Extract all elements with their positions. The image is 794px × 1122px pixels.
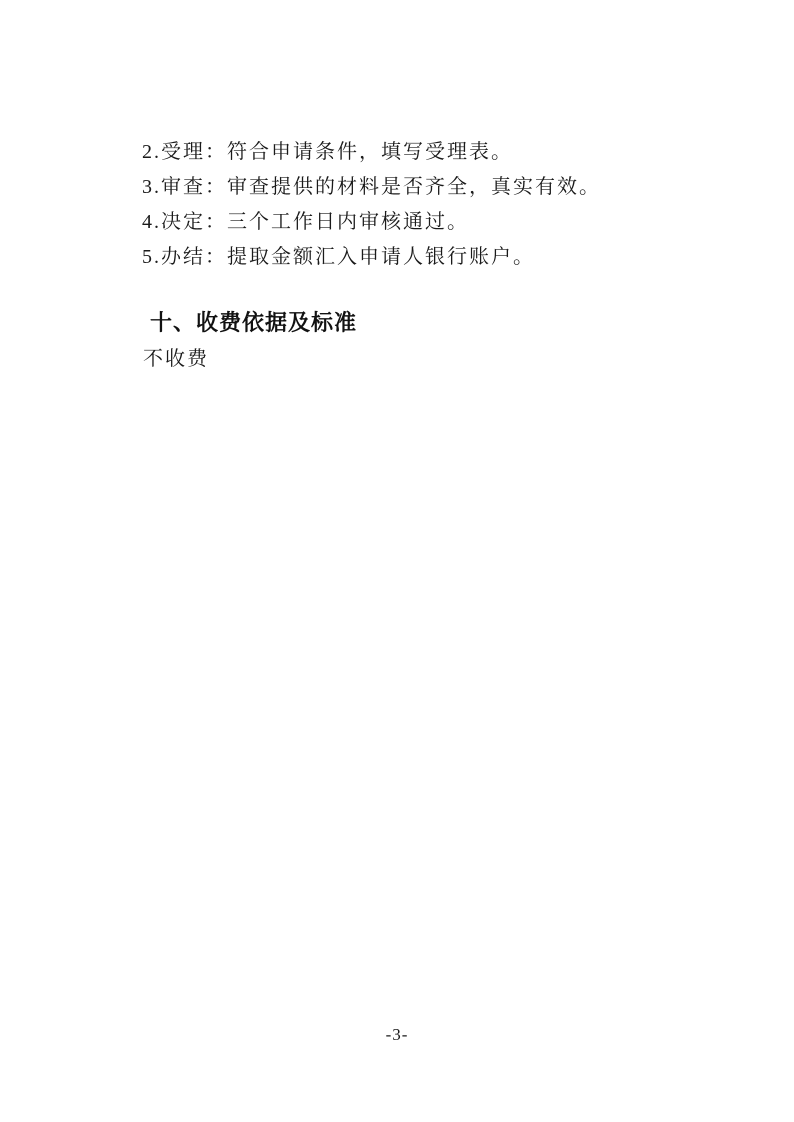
step-item-3: 3.审查：审查提供的材料是否齐全，真实有效。 (142, 170, 694, 205)
step-item-5: 5.办结：提取金额汇入申请人银行账户。 (142, 240, 694, 275)
step-item-2: 2.受理：符合申请条件，填写受理表。 (142, 135, 694, 170)
step-item-4: 4.决定：三个工作日内审核通过。 (142, 205, 694, 240)
procedure-steps: 2.受理：符合申请条件，填写受理表。 3.审查：审查提供的材料是否齐全，真实有效… (142, 135, 694, 275)
section-heading: 十、收费依据及标准 (150, 309, 357, 337)
page-number: -3- (0, 1025, 794, 1045)
document-page: 2.受理：符合申请条件，填写受理表。 3.审查：审查提供的材料是否齐全，真实有效… (0, 0, 794, 1122)
section-body-text: 不收费 (143, 346, 209, 372)
